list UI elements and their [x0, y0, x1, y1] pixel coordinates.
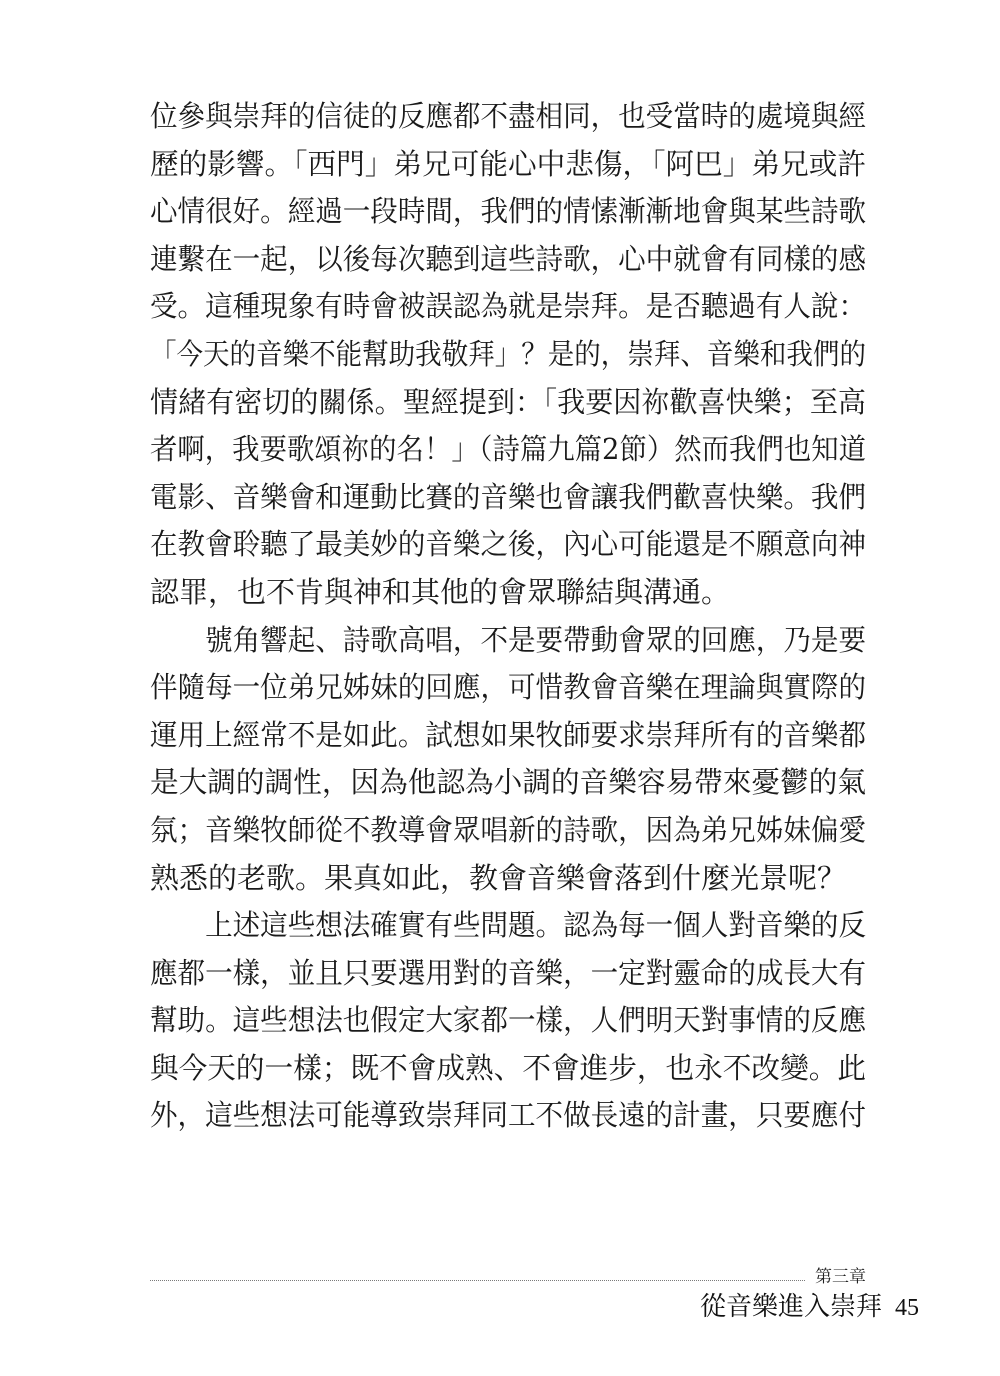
text-line: 心情很好。經過一段時間，我們的情愫漸漸地會與某些詩歌: [150, 191, 870, 239]
text-line: 「今天的音樂不能幫助我敬拜」？是的，崇拜、音樂和我們的: [150, 334, 870, 382]
text-line: 應都一樣，並且只要選用對的音樂，一定對靈命的成長大有: [150, 953, 870, 1001]
text-line: 外，這些想法可能導致崇拜同工不做長遠的計畫，只要應付: [150, 1095, 870, 1143]
page-number: 45: [895, 1292, 919, 1324]
text-line: 連繫在一起，以後每次聽到這些詩歌，心中就會有同樣的感: [150, 239, 870, 287]
paragraph-start-line: 上述這些想法確實有些問題。認為每一個人對音樂的反: [150, 905, 870, 953]
footer-divider: [150, 1280, 805, 1281]
text-line: 是大調的調性，因為他認為小調的音樂容易帶來憂鬱的氣: [150, 762, 870, 810]
paragraph-start-line: 號角響起、詩歌高唱，不是要帶動會眾的回應，乃是要: [150, 620, 870, 668]
text-line: 認罪，也不肯與神和其他的會眾聯結與溝通。: [150, 572, 870, 620]
text-line: 熟悉的老歌。果真如此，教會音樂會落到什麼光景呢？: [150, 858, 870, 906]
text-line: 幫助。這些想法也假定大家都一樣，人們明天對事情的反應: [150, 1000, 870, 1048]
text-line: 歷的影響。「西門」弟兄可能心中悲傷，「阿巴」弟兄或許: [150, 144, 870, 192]
text-line: 伴隨每一位弟兄姊妹的回應，可惜教會音樂在理論與實際的: [150, 667, 870, 715]
text-line: 者啊，我要歌頌祢的名！」（詩篇九篇2節）然而我們也知道: [150, 429, 870, 477]
text-line: 電影、音樂會和運動比賽的音樂也會讓我們歡喜快樂。我們: [150, 477, 870, 525]
text-line: 與今天的一樣；既不會成熟、不會進步，也永不改變。此: [150, 1048, 870, 1096]
text-line: 氛；音樂牧師從不教導會眾唱新的詩歌，因為弟兄姊妹偏愛: [150, 810, 870, 858]
text-line: 位參與崇拜的信徒的反應都不盡相同，也受當時的處境與經: [150, 96, 870, 144]
footer-chapter-label: 第三章: [815, 1267, 866, 1287]
body-text: 位參與崇拜的信徒的反應都不盡相同，也受當時的處境與經 歷的影響。「西門」弟兄可能…: [150, 96, 870, 1143]
footer-chapter-title: 從音樂進入崇拜: [700, 1290, 882, 1324]
text-line: 情緒有密切的關係。聖經提到：「我要因祢歡喜快樂；至高: [150, 382, 870, 430]
text-line: 在教會聆聽了最美妙的音樂之後，內心可能還是不願意向神: [150, 524, 870, 572]
text-line: 運用上經常不是如此。試想如果牧師要求崇拜所有的音樂都: [150, 715, 870, 763]
text-line: 受。這種現象有時會被誤認為就是崇拜。是否聽過有人說：: [150, 286, 870, 334]
